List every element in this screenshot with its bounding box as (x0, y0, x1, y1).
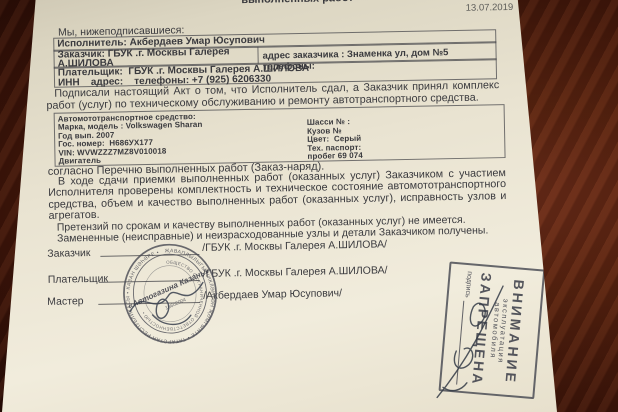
photo-of-document: выполненных работ 13.07.2019 Мы, нижепод… (0, 0, 618, 412)
vehicle-left-column: Марка, модель : Volkswagen Sharan Год вы… (58, 121, 203, 167)
round-seal-stamp: ҖАВАПЛЫЛЫГЫ ЧИКЛӘНГӘН ҖӘМГЫЯТЕ • ТАТАРСТ… (89, 210, 253, 379)
warning-stamp-signature-scribble (411, 274, 526, 410)
signature-role-customer: Заказчик (47, 247, 90, 260)
document-date: 13.07.2019 (466, 2, 514, 14)
vehicle-info-box: Автомототранспортное средство: Марка, мо… (54, 104, 506, 167)
document-title-fragment: выполненных работ (177, 0, 417, 7)
vehicle-right-column: Шасси № : Кузов № Цвет: Серый Тех. паспо… (307, 118, 363, 162)
signature-role-master: Мастер (47, 295, 84, 308)
